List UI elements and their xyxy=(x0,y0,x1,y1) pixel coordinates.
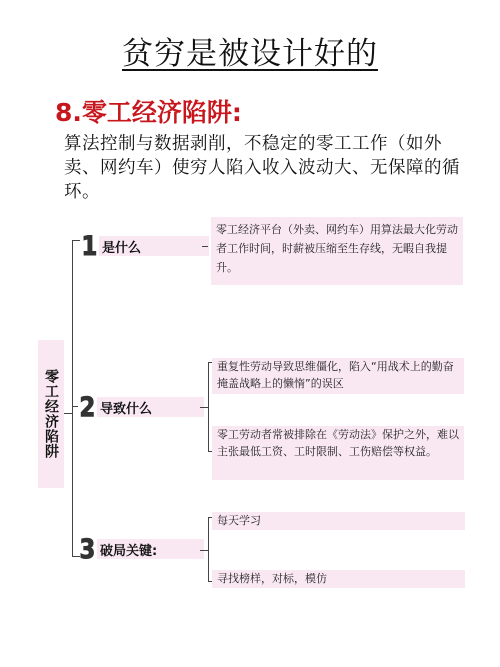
branch-3-connector xyxy=(200,550,208,551)
trunk-line xyxy=(72,240,73,557)
number-3-badge: 3 xyxy=(79,536,94,563)
center-node-label: 零工经济陷阱 xyxy=(41,369,61,459)
branch-label: 是什么 xyxy=(102,237,141,256)
leaf-breakthrough-1: 每天学习 xyxy=(212,512,465,530)
center-connector xyxy=(64,413,72,414)
trunk-tick-1 xyxy=(72,240,80,241)
number-2-badge: 2 xyxy=(79,394,94,421)
branch-label-box: 导致什么 xyxy=(97,397,204,417)
branch-what-is-it: 1 是什么 xyxy=(80,236,209,256)
leaf-what-is-it: 零工经济平台（外卖、网约车）用算法最大化劳动者工作时间，时薪被压缩至生存线，无暇… xyxy=(211,217,463,285)
branch-1-connector xyxy=(202,246,208,247)
branch-label-box: 破局关键: xyxy=(97,539,204,559)
branch-consequences: 2 导致什么 xyxy=(78,397,204,417)
branch-3-bracket xyxy=(208,517,209,582)
branch-label: 导致什么 xyxy=(100,398,152,417)
branch-label: 破局关键: xyxy=(100,540,157,559)
intro-paragraph: 算法控制与数据剥削，不稳定的零工工作（如外卖、网约车）使穷人陷入收入波动大、无保… xyxy=(64,132,474,204)
number-1-badge: 1 xyxy=(81,233,96,260)
branch-2-bracket xyxy=(208,362,209,452)
page-title: 贫穷是被设计好的 xyxy=(0,28,500,73)
branch-label-box: 是什么 xyxy=(99,236,209,256)
leaf-consequence-2: 零工劳动者常被排除在《劳动法》保护之外，难以主张最低工资、工时限制、工伤赔偿等权… xyxy=(212,426,464,480)
center-node: 零工经济陷阱 xyxy=(38,340,64,488)
branch-2-connector xyxy=(200,407,208,408)
leaf-consequence-1: 重复性劳动导致思维僵化，陷入“用战术上的勤奋掩盖战略上的懒惰”的误区 xyxy=(212,358,464,394)
section-heading: 8.零工经济陷阱: xyxy=(55,93,242,129)
leaf-breakthrough-2: 寻找榜样，对标，模仿 xyxy=(212,570,465,588)
branch-breakthrough: 3 破局关键: xyxy=(78,539,204,559)
